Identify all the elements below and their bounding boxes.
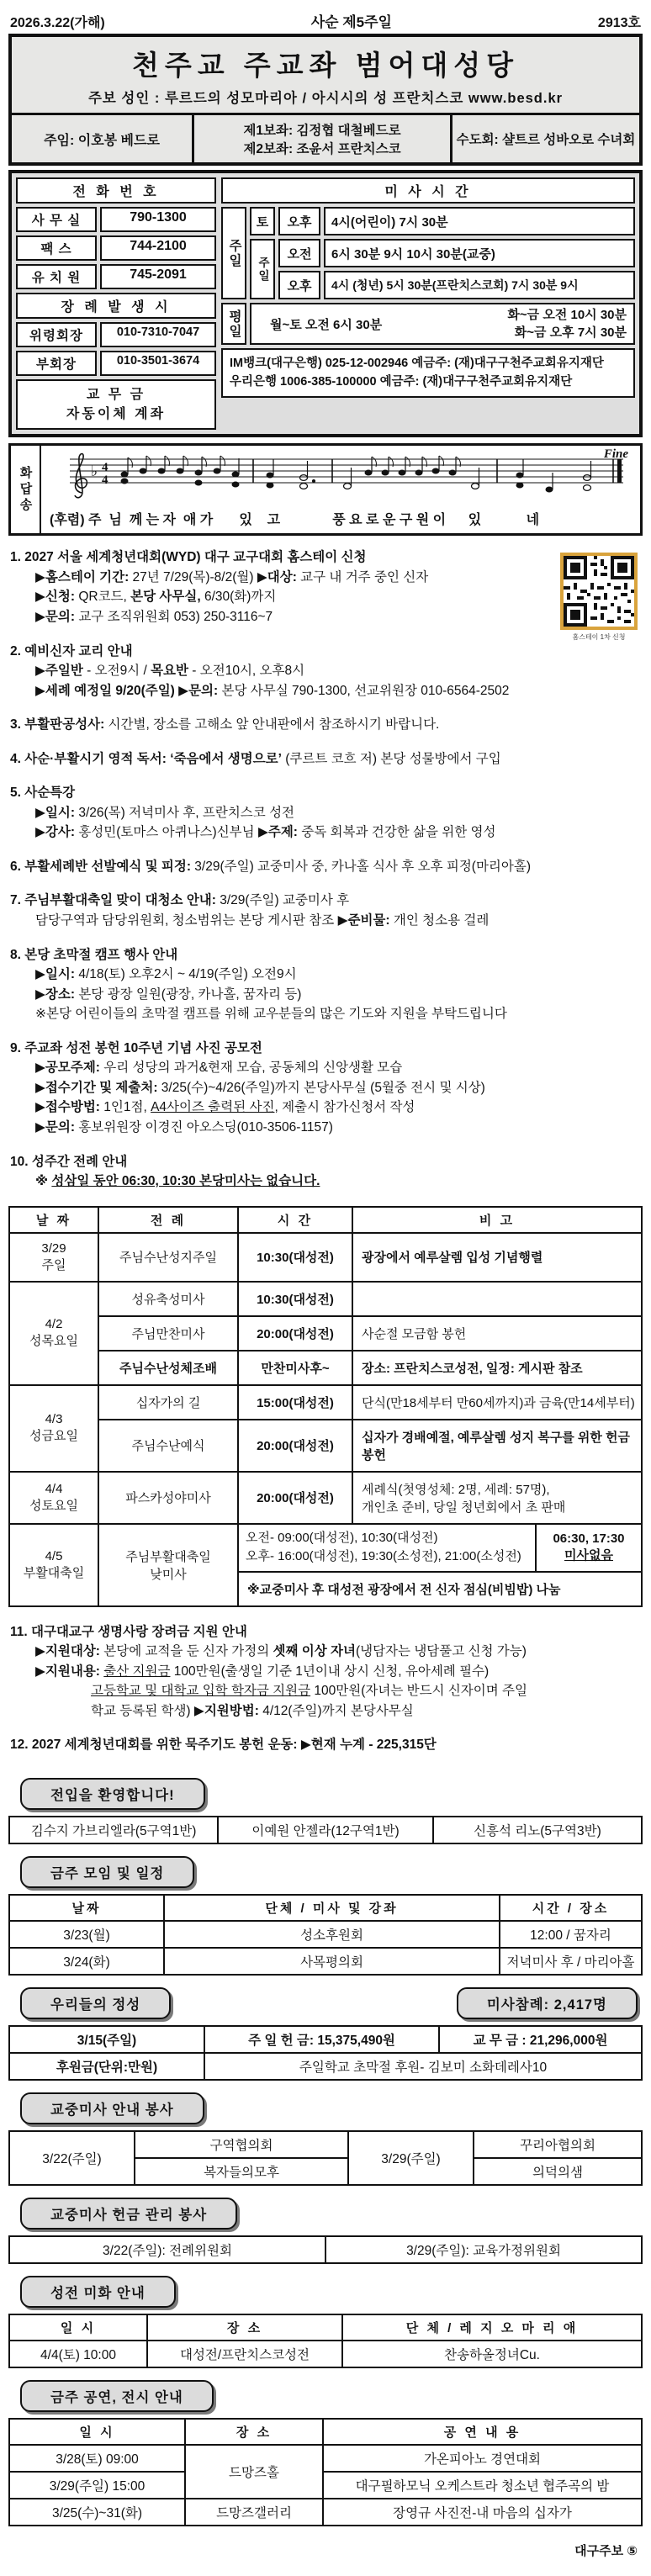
issue-number: 2913호 (598, 12, 641, 31)
text-segment: (쿠르트 코흐 저) 본당 성물방에서 구입 (282, 752, 501, 766)
phone-value: 790-1300 (100, 207, 216, 232)
text-segment: 3/29(주일) 교중미사 후 (216, 893, 349, 907)
announcement-line: ▶공모주제: 우리 성당의 과거&현재 모습, 공동체의 신앙생활 모습 (8, 1058, 643, 1078)
guide-service-title: 교중미사 안내 봉사 (20, 2092, 204, 2124)
patron-line: 주보 성인 : 루르드의 성모마리아 / 아시시의 성 프란치스코 www.be… (12, 85, 639, 113)
mass-times-column: 미 사 시 간 주일 토 오후 4시(어린이) 7시 30분 주일 오전 (221, 177, 635, 430)
mass-attendance-badge: 미사참례: 2,417명 (457, 1987, 638, 2019)
svg-text:♭: ♭ (91, 463, 98, 480)
text-segment: ▶지원대상: (35, 1644, 100, 1658)
ampm-label: 오후 (278, 207, 320, 235)
bank-account-1: IM뱅크(대구은행) 025-12-002946 예금주: (재)대구구천주교회… (230, 354, 627, 373)
text-segment: ▶현재 누계 - 225,315단 (301, 1738, 437, 1752)
text-segment: - 오전10시, 오후8시 (188, 664, 304, 678)
venue-hall: 드망즈홀 (185, 2445, 323, 2499)
announcements-top: 1. 2027 서울 세계청년대회(WYD) 대구 교구대회 홈스테이 신청▶홈… (8, 547, 643, 1191)
weekly-schedule-title: 금주 모임 및 일정 (20, 1856, 194, 1888)
new-member: 신흥석 리노(5구역3반) (433, 1817, 642, 1843)
sunday-collection: 주 일 헌 금: 15,375,490원 (204, 2026, 439, 2053)
announcement-line: ▶세례 예정일 9/20(주일) ▶문의: 본당 사무실 790-1300, 선… (8, 681, 643, 701)
table-header-row: 날짜 단체 / 미사 및 강좌 시간 / 장소 (9, 1895, 642, 1921)
announcement-line: ※ 성삼일 동안 06:30, 10:30 본당미사는 없습니다. (8, 1172, 643, 1192)
text-segment: 셋째 이상 자녀 (273, 1644, 356, 1658)
table-row: 주님수난예식 20:00(대성전) 십자가 경배예절, 예루살렘 성지 복구를 … (9, 1420, 642, 1472)
footer-label: 대구주보 ⑤ (8, 2530, 643, 2559)
beautify-table: 일 시 장 소 단 체 / 레 지 오 마 리 애 4/4(토) 10:00 대… (8, 2314, 643, 2368)
new-member: 이예원 안젤라(12구역1반) (218, 1817, 433, 1843)
text-segment: 1인1점, (100, 1100, 151, 1114)
text-segment: 27년 7/29(목)-8/2(월) (129, 570, 257, 584)
text-segment: 학교 등록된 학생) (91, 1704, 194, 1718)
text-segment: 교구 내 거주 중인 신자 (297, 570, 428, 584)
text-segment: 본당 사무실, (130, 590, 200, 604)
beautify-section: 성전 미화 안내 일 시 장 소 단 체 / 레 지 오 마 리 애 4/4(토… (8, 2267, 643, 2368)
text-segment: ▶일시: (35, 806, 75, 820)
text-segment: ▶문의: (178, 684, 218, 698)
announcement-item: 1. 2027 서울 세계청년대회(WYD) 대구 교구대회 홈스테이 신청▶홈… (8, 547, 643, 627)
announcement-item: 10. 성주간 전례 안내※ 성삼일 동안 06:30, 10:30 본당미사는… (8, 1152, 643, 1192)
psalm-label: 화답송 (11, 446, 41, 533)
funeral-row: 위령회장 010-7310-7047 (16, 322, 216, 347)
funeral-value: 010-3501-3674 (100, 351, 216, 376)
text-segment: 본당 사무실 790-1300, 선교위원장 010-6564-2502 (218, 684, 509, 698)
announcement-item: 8. 본당 초막절 캠프 행사 안내▶일시: 4/18(토) 오후2시 ~ 4/… (8, 945, 643, 1024)
text-segment: 홍성민(토마스 아퀴나스)신부님 (75, 825, 258, 839)
offering-title: 우리들의 정성 (20, 1987, 171, 2019)
text-segment: ▶지원방법: (194, 1704, 259, 1718)
svg-text:4: 4 (102, 461, 108, 474)
weekday-extra-times: 화~금 오전 10시 30분 화~금 오후 7시 30분 (507, 306, 627, 341)
table-header-row: 날 짜 전 례 시 간 비 고 (9, 1207, 642, 1233)
text-segment: 담당구역과 담당위원회, 청소범위는 본당 게시판 참조 (35, 913, 338, 928)
text-segment: ▶강사: (35, 825, 75, 839)
table-row: 4/4(토) 10:00 대성전/프란치스코성전 찬송하올정녀Cu. (9, 2341, 642, 2367)
text-segment: ▶신청: (35, 590, 75, 604)
text-segment: 11. 대구대교구 생명사랑 장려금 지원 안내 (10, 1625, 247, 1639)
text-segment: 100만원(출생일 기준 1년이내 상시 신청, 유아세례 필수) (170, 1664, 489, 1679)
funeral-label: 위령회장 (16, 322, 97, 347)
new-member: 김수지 가브리엘라(5구역1반) (9, 1817, 218, 1843)
announcement-line: 고등학교 및 대학교 입학 학자금 지원금 100만원(자녀는 반드시 신자이며… (8, 1681, 643, 1701)
phone-label: 팩 스 (16, 235, 97, 261)
announcement-line: ▶접수방법: 1인1점, A4사이즈 출력된 사진, 제출시 참가신청서 작성 (8, 1098, 643, 1118)
qr-caption: 홈스테이 1차 신청 (558, 632, 639, 642)
meta-row: 2026.3.22(가해) 사순 제5주일 2913호 (8, 7, 643, 34)
announcement-line: ▶홈스테이 기간: 27년 7/29(목)-8/2(월) ▶대상: 교구 내 거… (8, 568, 643, 588)
sunday-sub-label: 주일 (250, 239, 275, 299)
announcement-line: ▶지원내용: 출산 지원금 100만원(출생일 기준 1년이내 상시 신청, 유… (8, 1662, 643, 1682)
text-segment: 3/26(목) 저녁미사 후, 프란치스코 성전 (75, 806, 294, 820)
performance-title: 금주 공연, 전시 안내 (20, 2380, 214, 2412)
table-row: 주님수난성체조배 만찬미사후~ 장소: 프란치스코성전, 일정: 게시판 참조 (9, 1351, 642, 1385)
phone-label: 유 치 원 (16, 264, 97, 289)
bulletin-page: 2026.3.22(가해) 사순 제5주일 2913호 천주교 주교좌 범어대성… (0, 0, 651, 2576)
text-segment: ▶문의: (35, 610, 75, 624)
mass-times: 4시(어린이) 7시 30분 (324, 207, 635, 235)
announcement-line: 9. 주교좌 성전 봉헌 10주년 기념 사진 공모전 (8, 1039, 643, 1059)
text-segment: 본당에 교적을 둔 신자 가정의 (100, 1644, 273, 1658)
announcement-line: 8. 본당 초막절 캠프 행사 안내 (8, 945, 643, 965)
text-segment: ▶지원내용: (35, 1664, 100, 1679)
weekday-label: 평일 (221, 303, 246, 345)
bank-account-2: 우리은행 1006-385-100000 예금주: (재)대구구천주교회유지재단 (230, 373, 627, 391)
announcement-item: 9. 주교좌 성전 봉헌 10주년 기념 사진 공모전▶공모주제: 우리 성당의… (8, 1039, 643, 1138)
table-row: 4/5 부활대축일 주님부활대축일 낮미사 오전- 09:00(대성전), 10… (9, 1524, 642, 1572)
performance-table: 일 시 장 소 공 연 내 용 3/28(토) 09:00 드망즈홀 가온피아노… (8, 2418, 643, 2526)
table-row: 3/23(월) 성소후원회 12:00 / 꿈자리 (9, 1921, 642, 1948)
patron-saints: 주보 성인 : 루르드의 성모마리아 / 아시시의 성 프란치스코 (88, 91, 463, 106)
phone-header: 전 화 번 호 (16, 177, 216, 204)
announcements-bottom: 11. 대구대교구 생명사랑 장려금 지원 안내▶지원대상: 본당에 교적을 둔… (8, 1622, 643, 1755)
funeral-value: 010-7310-7047 (100, 322, 216, 347)
money-service-title: 교중미사 헌금 관리 봉사 (20, 2198, 237, 2230)
mass-times: 4시 (청년) 5시 30분(프란치스코회) 7시 30분 9시 (324, 271, 635, 299)
ampm-label: 오전 (278, 239, 320, 267)
mass-row-saturday: 토 오후 4시(어린이) 7시 30분 (250, 207, 635, 235)
table-row: 4/2 성목요일 성유축성미사 10:30(대성전) (9, 1282, 642, 1316)
psalm-lyrics: (후렴) 주 님 께 는 자 애 가 있 고 풍 요 로 운 구 원 이 있 네 (50, 509, 539, 528)
text-segment: ※본당 어린이들의 초막절 캠프를 위해 교우분들의 많은 기도와 지원을 부탁… (35, 1007, 507, 1021)
announcement-item: 4. 사순·부활시기 영적 독서: ‘죽음에서 생명으로’ (쿠르트 코흐 저)… (8, 749, 643, 770)
phone-value: 745-2091 (100, 264, 216, 289)
announcement-line: 10. 성주간 전례 안내 (8, 1152, 643, 1172)
text-segment: 8. 본당 초막절 캠프 행사 안내 (10, 948, 177, 962)
announcements-section: 홈스테이 1차 신청 1. 2027 서울 세계청년대회(WYD) 대구 교구대… (8, 547, 643, 1755)
text-segment: ▶주일반 (35, 664, 83, 678)
weekly-schedule-table: 날짜 단체 / 미사 및 강좌 시간 / 장소 3/23(월) 성소후원회 12… (8, 1894, 643, 1976)
donation-entry: 주일학교 초막절 후원- 김보미 소화데레사10 (204, 2053, 642, 2080)
text-segment: , 제출시 참가신청서 작성 (274, 1100, 415, 1114)
announcement-line: ▶일시: 3/26(목) 저녁미사 후, 프란치스코 성전 (8, 803, 643, 823)
day-label: 토 (250, 207, 275, 235)
table-row: 3/29(주일) 15:00 대구필하모닉 오케스트라 청소년 협주곡의 밤 (9, 2472, 642, 2499)
announcement-item: 12. 2027 세계청년대회를 위한 묵주기도 봉헌 운동: ▶현재 누계 -… (8, 1735, 643, 1755)
ampm-label: 오후 (278, 271, 320, 299)
text-segment: ▶문의: (35, 1120, 75, 1135)
qr-code (560, 553, 638, 630)
announcement-line: 11. 대구대교구 생명사랑 장려금 지원 안내 (8, 1622, 643, 1642)
text-segment: 3/29(주일) 교중미사 중, 카나홀 식사 후 오후 피정(마리아홀) (191, 860, 531, 874)
text-segment: A4사이즈 출력된 사진 (151, 1100, 274, 1114)
qr-block: 홈스테이 1차 신청 (558, 553, 639, 642)
funeral-header: 장 례 발 생 시 (16, 293, 216, 319)
text-segment: 3/25(수)~4/26(주일)까지 본당사무실 (5월중 전시 및 시상) (157, 1081, 484, 1095)
announcement-line: 5. 사순특강 (8, 783, 643, 803)
mass-row-sunday-pm: 오후 4시 (청년) 5시 30분(프란치스코회) 7시 30분 9시 (278, 271, 635, 299)
announcement-line: 3. 부활판공성사: 시간별, 장소를 고해소 앞 안내판에서 참조하시기 바랍… (8, 715, 643, 735)
text-segment: 4/12(주일)까지 본당사무실 (259, 1704, 414, 1718)
text-segment: 4/18(토) 오후2시 ~ 4/19(주일) 오전9시 (75, 967, 297, 981)
issue-date: 2026.3.22(가해) (10, 12, 105, 31)
money-service-section: 교중미사 헌금 관리 봉사 3/22(주일): 전례위원회 3/29(주일): … (8, 2189, 643, 2264)
no-mass-note: 06:30, 17:30 미사없음 (535, 1525, 641, 1571)
welcome-names-table: 김수지 가브리엘라(5구역1반) 이예원 안젤라(12구역1반) 신흥석 리노(… (8, 1816, 643, 1844)
table-header-row: 일 시 장 소 단 체 / 레 지 오 마 리 애 (9, 2314, 642, 2341)
text-segment: 6. 부활세례반 선발예식 및 피정: (10, 860, 191, 874)
text-segment: 성삼일 동안 06:30, 10:30 본당미사는 없습니다. (51, 1174, 320, 1188)
text-segment: ▶일시: (35, 967, 75, 981)
text-segment: 고등학교 및 대학교 입학 학자금 지원금 (91, 1684, 310, 1698)
announcement-line: ▶문의: 교구 조직위원회 053) 250-3116~7 (8, 607, 643, 627)
holy-week-table: 날 짜 전 례 시 간 비 고 3/29 주일 주님수난성지주일 10:30(대… (8, 1206, 643, 1607)
sunday-label: 주일 (221, 207, 246, 299)
text-segment: 5. 사순특강 (10, 785, 75, 800)
text-segment: 우리 성당의 과거&현재 모습, 공동체의 신앙생활 모습 (100, 1061, 402, 1075)
announcement-line: ※본당 어린이들의 초막절 캠프를 위해 교우분들의 많은 기도와 지원을 부탁… (8, 1004, 643, 1024)
announcement-line: ▶문의: 홍보위원장 이경진 아오스딩(010-3506-1157) (8, 1118, 643, 1138)
table-row: 김수지 가브리엘라(5구역1반) 이예원 안젤라(12구역1반) 신흥석 리노(… (9, 1817, 642, 1843)
text-segment: ※ (35, 1174, 51, 1188)
website: www.besd.kr (468, 91, 563, 106)
welcome-section: 전입을 환영합니다! 김수지 가브리엘라(5구역1반) 이예원 안젤라(12구역… (8, 1769, 643, 1844)
announcement-line: 2. 예비신자 교리 안내 (8, 642, 643, 662)
text-segment: 본당 광장 일원(광장, 카나홀, 꿈자리 등) (75, 987, 301, 1002)
announcement-line: ▶일시: 4/18(토) 오후2시 ~ 4/19(주일) 오전9시 (8, 965, 643, 985)
text-segment: - 오전9시 / (83, 664, 151, 678)
weekday-mass-times: 월~토 오전 6시 30분 (258, 315, 507, 333)
table-row: 4/4 성토요일 파스카성야미사 20:00(대성전) 세례식(첫영성체: 2명… (9, 1472, 642, 1524)
responsorial-psalm: 화답송 Fine ♭ 4 4 (8, 443, 643, 536)
text-segment: 1. 2027 서울 세계청년대회(WYD) 대구 교구대회 홈스테이 신청 (10, 550, 367, 564)
text-segment: ▶세례 예정일 9/20(주일) (35, 684, 175, 698)
announcement-item: 5. 사순특강▶일시: 3/26(목) 저녁미사 후, 프란치스코 성전▶강사:… (8, 783, 643, 843)
offering-section: 우리들의 정성 미사참례: 2,417명 3/15(주일) 주 일 헌 금: 1… (8, 1979, 643, 2081)
text-segment: ▶대상: (257, 570, 297, 584)
announcement-item: 6. 부활세례반 선발예식 및 피정: 3/29(주일) 교중미사 중, 카나홀… (8, 857, 643, 877)
text-segment: 출산 지원금 (103, 1664, 170, 1679)
weekly-schedule-section: 금주 모임 및 일정 날짜 단체 / 미사 및 강좌 시간 / 장소 3/23(… (8, 1848, 643, 1976)
announcement-line: 7. 주님부활대축일 맞이 대청소 안내: 3/29(주일) 교중미사 후 (8, 891, 643, 911)
mass-times-header: 미 사 시 간 (221, 177, 635, 204)
mass-times: 6시 30분 9시 10시 30분(교중) (324, 239, 635, 267)
text-segment: ▶공모주제: (35, 1061, 100, 1075)
table-row: 4/3 성금요일 십자가의 길 15:00(대성전) 단식(만18세부터 만60… (9, 1385, 642, 1420)
announcement-item: 2. 예비신자 교리 안내▶주일반 - 오전9시 / 목요반 - 오전10시, … (8, 642, 643, 701)
announcement-item: 3. 부활판공성사: 시간별, 장소를 고해소 앞 안내판에서 참조하시기 바랍… (8, 715, 643, 735)
announcement-line: 6. 부활세례반 선발예식 및 피정: 3/29(주일) 교중미사 중, 카나홀… (8, 857, 643, 877)
table-row: 3/29 주일 주님수난성지주일 10:30(대성전) 광장에서 예루살렘 입성… (9, 1233, 642, 1282)
phone-row: 사 무 실 790-1300 (16, 207, 216, 232)
text-segment: 목요반 (151, 664, 188, 678)
text-segment: 3. 부활판공성사: (10, 717, 104, 732)
venue-gallery: 드망즈갤러리 (185, 2499, 323, 2526)
text-segment: QR코드, (75, 590, 130, 604)
church-dues: 교 무 금 : 21,296,000원 (439, 2026, 642, 2053)
table-row: 3/15(주일) 주 일 헌 금: 15,375,490원 교 무 금 : 21… (9, 2026, 642, 2053)
vicars: 제1보좌: 김정협 대철베드로 제2보좌: 조윤서 프란치스코 (192, 115, 453, 162)
announcement-line: 12. 2027 세계청년대회를 위한 묵주기도 봉헌 운동: ▶현재 누계 -… (8, 1735, 643, 1755)
announcement-line: 4. 사순·부활시기 영적 독서: ‘죽음에서 생명으로’ (쿠르트 코흐 저)… (8, 749, 643, 770)
text-segment: (냉담자는 냉담풀고 신청 가능) (356, 1644, 527, 1658)
text-segment: 7. 주님부활대축일 맞이 대청소 안내: (10, 893, 216, 907)
sunday-mass-block: 주일 토 오후 4시(어린이) 7시 30분 주일 오전 6시 30분 9시 1… (221, 207, 635, 299)
bank-accounts: IM뱅크(대구은행) 025-12-002946 예금주: (재)대구구천주교회… (221, 348, 635, 398)
text-segment: ‘죽음에서 생명으로’ (170, 752, 282, 766)
pastor: 주임: 이호봉 베드로 (12, 115, 192, 162)
phone-column: 전 화 번 호 사 무 실 790-1300 팩 스 744-2100 유 치 … (16, 177, 216, 430)
clergy-row: 주임: 이호봉 베드로 제1보좌: 김정협 대철베드로 제2보좌: 조윤서 프란… (12, 113, 639, 162)
announcement-line: 1. 2027 서울 세계청년대회(WYD) 대구 교구대회 홈스테이 신청 (8, 547, 643, 568)
text-segment: 개인 청소용 걸레 (390, 913, 490, 928)
beautify-title: 성전 미화 안내 (20, 2276, 176, 2308)
masthead: 천주교 주교좌 범어대성당 주보 성인 : 루르드의 성모마리아 / 아시시의 … (8, 34, 643, 166)
performance-section: 금주 공연, 전시 안내 일 시 장 소 공 연 내 용 3/28(토) 09:… (8, 2372, 643, 2526)
text-segment: 중독 회복과 건강한 삶을 위한 영성 (298, 825, 495, 839)
table-header-row: 일 시 장 소 공 연 내 용 (9, 2419, 642, 2445)
weekday-mass-block: 평일 월~토 오전 6시 30분 화~금 오전 10시 30분 화~금 오후 7… (221, 303, 635, 345)
account-label: 교 무 금 자동이체 계좌 (16, 379, 216, 430)
welcome-title: 전입을 환영합니다! (20, 1778, 205, 1810)
text-segment: 4. 사순·부활시기 영적 독서: (10, 752, 167, 766)
table-row: 후원금(단위:만원) 주일학교 초막절 후원- 김보미 소화데레사10 (9, 2053, 642, 2080)
table-row: 3/22(주일): 전례위원회 3/29(주일): 교육가정위원회 (9, 2236, 642, 2263)
phone-row: 팩 스 744-2100 (16, 235, 216, 261)
text-segment: ▶홈스테이 기간: (35, 570, 129, 584)
funeral-label: 부회장 (16, 351, 97, 376)
text-segment: ▶접수방법: (35, 1100, 100, 1114)
text-segment: ▶주제: (258, 825, 298, 839)
announcement-line: ▶강사: 홍성민(토마스 아퀴나스)신부님 ▶주제: 중독 회복과 건강한 삶을… (8, 823, 643, 843)
phone-label: 사 무 실 (16, 207, 97, 232)
funeral-row: 부회장 010-3501-3674 (16, 351, 216, 376)
music-staff: ♭ 4 4 (45, 449, 633, 508)
announcement-line: ▶주일반 - 오전9시 / 목요반 - 오전10시, 오후8시 (8, 661, 643, 681)
contact-and-mass-times: 전 화 번 호 사 무 실 790-1300 팩 스 744-2100 유 치 … (8, 170, 643, 437)
table-row: 3/25(수)~31(화) 드망즈갤러리 장영규 사진전-내 마음의 십자가 (9, 2499, 642, 2526)
announcement-line: 담당구역과 담당위원회, 청소범위는 본당 게시판 참조 ▶준비물: 개인 청소… (8, 911, 643, 931)
phone-row: 유 치 원 745-2091 (16, 264, 216, 289)
announcement-item: 11. 대구대교구 생명사랑 장려금 지원 안내▶지원대상: 본당에 교적을 둔… (8, 1622, 643, 1722)
announcement-line: ▶지원대상: 본당에 교적을 둔 신자 가정의 셋째 이상 자녀(냉담자는 냉담… (8, 1642, 643, 1662)
text-segment: 교구 조직위원회 053) 250-3116~7 (75, 610, 273, 624)
text-segment: 10. 성주간 전례 안내 (10, 1155, 127, 1169)
mass-row-sunday-am: 오전 6시 30분 9시 10시 30분(교중) (278, 239, 635, 267)
announcement-line: ▶접수기간 및 제출처: 3/25(수)~4/26(주일)까지 본당사무실 (5… (8, 1078, 643, 1098)
liturgical-season: 사순 제5주일 (311, 10, 392, 31)
text-segment: 12. 2027 세계청년대회를 위한 묵주기도 봉헌 운동: (10, 1738, 301, 1752)
table-row: 3/22(주일) 구역협의회 3/29(주일) 꾸리아협의회 (9, 2131, 642, 2158)
church-title: 천주교 주교좌 범어대성당 (12, 37, 639, 85)
guide-service-section: 교중미사 안내 봉사 3/22(주일) 구역협의회 3/29(주일) 꾸리아협의… (8, 2084, 643, 2186)
text-segment: ▶준비물: (338, 913, 390, 928)
text-segment: 100만원(자녀는 반드시 신자이며 주일 (310, 1684, 527, 1698)
vicar-1: 제1보좌: 김정협 대철베드로 (198, 120, 447, 139)
offering-table: 3/15(주일) 주 일 헌 금: 15,375,490원 교 무 금 : 21… (8, 2025, 643, 2081)
treble-clef (75, 454, 87, 498)
text-segment: 2. 예비신자 교리 안내 (10, 644, 133, 659)
text-segment: 6/30(화)까지 (201, 590, 277, 604)
table-row: 3/24(화) 사목평의회 저녁미사 후 / 마리아홀 (9, 1948, 642, 1975)
announcement-line: ▶신청: QR코드, 본당 사무실, 6/30(화)까지 (8, 587, 643, 607)
money-service-table: 3/22(주일): 전례위원회 3/29(주일): 교육가정위원회 (8, 2235, 643, 2264)
announcement-item: 7. 주님부활대축일 맞이 대청소 안내: 3/29(주일) 교중미사 후담당구… (8, 891, 643, 930)
text-segment: 9. 주교좌 성전 봉헌 10주년 기념 사진 공모전 (10, 1041, 262, 1055)
convent: 수도회: 샬트르 성바오로 수녀회 (453, 115, 639, 162)
text-segment: ▶접수기간 및 제출처: (35, 1081, 157, 1095)
table-row: 주님만찬미사 20:00(대성전) 사순절 모금함 봉헌 (9, 1316, 642, 1351)
text-segment: 시간별, 장소를 고해소 앞 안내판에서 참조하시기 바랍니다. (104, 717, 439, 732)
guide-service-table: 3/22(주일) 구역협의회 3/29(주일) 꾸리아협의회 복자들의모후 의덕… (8, 2130, 643, 2186)
phone-value: 744-2100 (100, 235, 216, 261)
vicar-2: 제2보좌: 조윤서 프란치스코 (198, 139, 447, 157)
announcement-line: ▶장소: 본당 광장 일원(광장, 카나홀, 꿈자리 등) (8, 985, 643, 1005)
text-segment: 홍보위원장 이경진 아오스딩(010-3506-1157) (75, 1120, 333, 1135)
table-row: 3/28(토) 09:00 드망즈홀 가온피아노 경연대회 (9, 2445, 642, 2472)
svg-text:4: 4 (102, 473, 108, 487)
text-segment: ▶장소: (35, 987, 75, 1002)
easter-mass-times: 오전- 09:00(대성전), 10:30(대성전) 오후- 16:00(대성전… (239, 1525, 535, 1571)
announcement-line: 학교 등록된 학생) ▶지원방법: 4/12(주일)까지 본당사무실 (8, 1701, 643, 1722)
